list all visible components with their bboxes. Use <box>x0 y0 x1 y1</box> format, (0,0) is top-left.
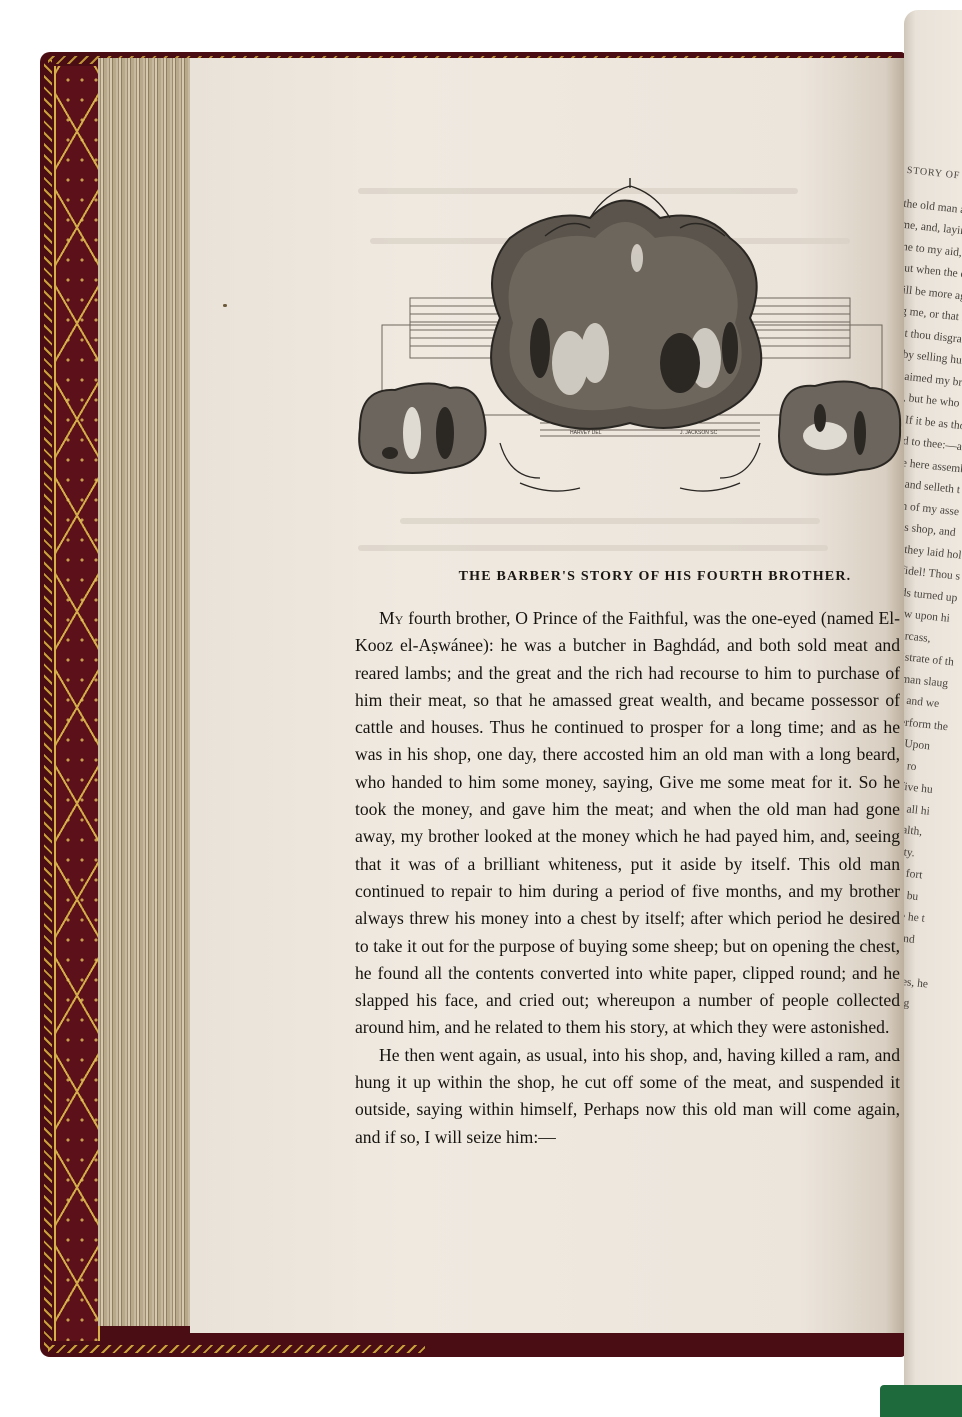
turning-page: STORY OF HIS FOU the old man approached … <box>904 10 962 1408</box>
paragraph-text: He then went again, as usual, into his s… <box>355 1045 900 1147</box>
paragraph-2: He then went again, as usual, into his s… <box>355 1042 900 1151</box>
paragraph-lead: My <box>379 608 403 628</box>
gilt-lattice-turnin <box>54 66 100 1341</box>
show-through-line <box>400 518 820 524</box>
paragraph-1: My fourth brother, O Prince of the Faith… <box>355 605 900 1042</box>
left-inset-butcher-shop <box>359 383 485 473</box>
chapter-caption: The Barber's Story of His Fourth Brother… <box>435 569 875 585</box>
turning-page-text: STORY OF HIS FOU the old man approached … <box>904 160 962 1018</box>
engraver-signature-right: J. JACKSON SC <box>680 430 718 436</box>
engraver-signature-left: HARVEY DEL <box>570 430 602 436</box>
open-book: HARVEY DEL J. JACKSON SC The Barber's St… <box>40 52 920 1357</box>
engraved-vignette: HARVEY DEL J. JACKSON SC <box>350 178 905 508</box>
paragraph-text: fourth brother, O Prince of the Faithful… <box>355 608 900 1037</box>
show-through-line <box>358 545 828 551</box>
stacked-page-edges <box>98 58 192 1326</box>
running-head: STORY OF HIS FOU <box>906 160 962 194</box>
gilt-border-left <box>44 60 52 1349</box>
green-cloth-support <box>880 1385 962 1417</box>
body-text: My fourth brother, O Prince of the Faith… <box>355 605 900 1151</box>
right-page: HARVEY DEL J. JACKSON SC The Barber's St… <box>190 58 907 1333</box>
page-blemish <box>223 304 227 307</box>
gilt-dots <box>56 66 98 1341</box>
gilt-border-bottom <box>48 1345 425 1353</box>
